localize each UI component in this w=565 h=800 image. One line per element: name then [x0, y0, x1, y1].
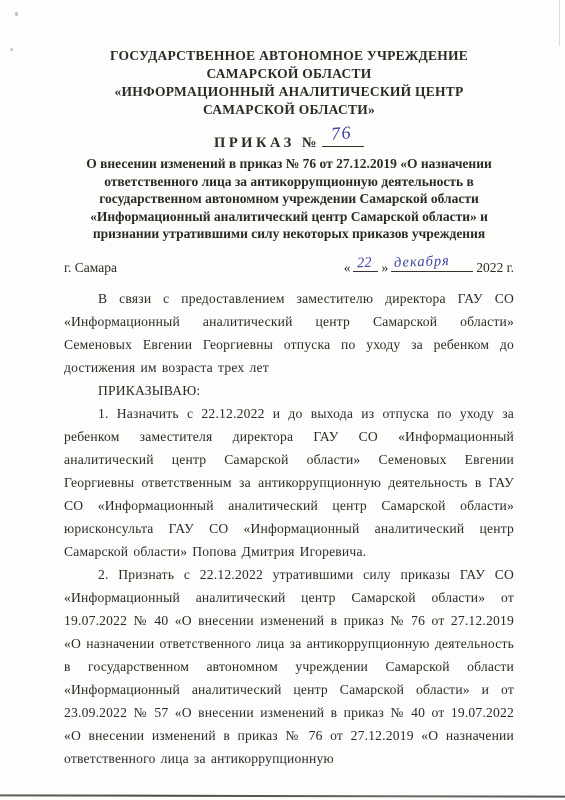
order-label: ПРИКАЗ №	[214, 135, 320, 151]
date-month-handwritten: декабря	[394, 252, 450, 272]
org-header-line-3: «ИНФОРМАЦИОННЫЙ АНАЛИТИЧЕСКИЙ ЦЕНТР	[64, 83, 514, 101]
place-date-row: г. Самара «22» декабря 2022 г.	[64, 258, 514, 277]
resolution-word: ПРИКАЗЫВАЮ:	[64, 379, 514, 402]
document-content: ГОСУДАРСТВЕННОЕ АВТОНОМНОЕ УЧРЕЖДЕНИЕ СА…	[64, 0, 514, 770]
scanned-order-document: ГОСУДАРСТВЕННОЕ АВТОНОМНОЕ УЧРЕЖДЕНИЕ СА…	[0, 0, 565, 800]
order-item-1: 1. Назначить с 22.12.2022 и до выхода из…	[64, 402, 514, 563]
intro-paragraph: В связи с предоставлением заместителю ди…	[64, 287, 514, 379]
order-number-blank: 76	[322, 131, 364, 147]
order-title: ПРИКАЗ №76	[64, 131, 514, 152]
org-header: ГОСУДАРСТВЕННОЕ АВТОНОМНОЕ УЧРЕЖДЕНИЕ СА…	[64, 47, 514, 119]
scan-bottom-edge	[0, 794, 565, 798]
place-city: г. Самара	[64, 259, 117, 277]
org-header-line-2: САМАРСКОЙ ОБЛАСТИ	[64, 65, 514, 83]
order-body: В связи с предоставлением заместителю ди…	[64, 287, 514, 770]
scan-artifact-speck	[15, 12, 18, 16]
order-number-handwritten: 76	[330, 123, 352, 143]
scan-edge-artifact	[559, 0, 560, 46]
order-item-2: 2. Признать с 22.12.2022 утратившими сил…	[64, 563, 514, 770]
date-month-blank: декабря	[391, 258, 473, 272]
scan-artifact-speck	[10, 48, 13, 51]
org-header-line-4: САМАРСКОЙ ОБЛАСТИ»	[64, 101, 514, 119]
date-day-blank: 22	[353, 258, 378, 272]
date-year: 2022 г.	[476, 259, 514, 277]
date-day-handwritten: 22	[357, 254, 372, 273]
date: «22» декабря 2022 г.	[344, 258, 514, 277]
org-header-line-1: ГОСУДАРСТВЕННОЕ АВТОНОМНОЕ УЧРЕЖДЕНИЕ	[64, 47, 514, 65]
date-open-quote: «	[344, 259, 351, 277]
date-close-quote: »	[381, 259, 388, 277]
order-subject: О внесении изменений в приказ № 76 от 27…	[64, 155, 514, 243]
